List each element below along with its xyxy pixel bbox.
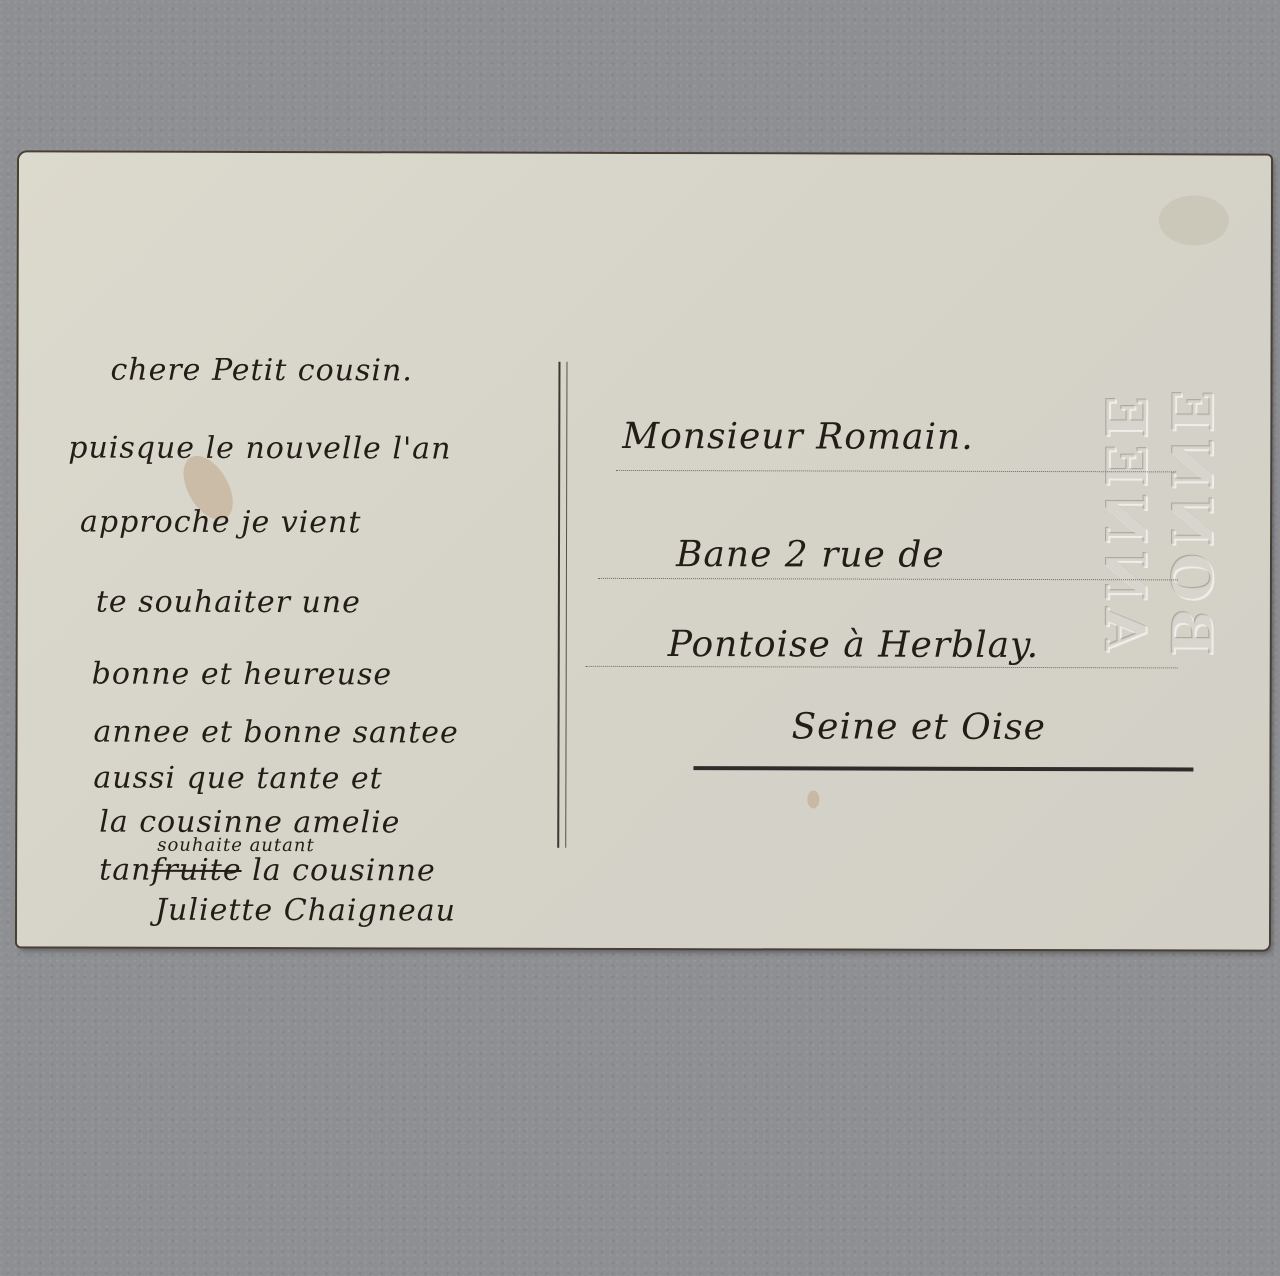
line-suffix: la cousinne	[252, 853, 436, 888]
foxing-stain	[807, 790, 819, 808]
line-prefix: tan	[99, 853, 151, 888]
address-line-department: Seine et Oise	[791, 706, 1046, 748]
message-line: aussi que tante et	[93, 761, 382, 797]
signature: Juliette Chaigneau	[155, 893, 456, 929]
address-line-name: Monsieur Romain.	[622, 416, 973, 458]
message-line: approche je vient	[80, 505, 361, 541]
message-line: bonne et heureuse	[92, 657, 393, 693]
message-line: te souhaiter une	[96, 585, 361, 621]
foxing-stain	[1159, 195, 1229, 245]
address-underline-bar	[693, 766, 1193, 771]
center-divider	[557, 362, 567, 848]
message-line: annee et bonne santee	[93, 715, 458, 751]
embossed-greeting: BONNE ANNEE	[1153, 285, 1224, 755]
message-line: chere Petit cousin.	[110, 353, 412, 389]
address-line-street: Bane 2 rue de	[676, 534, 945, 576]
message-line-last: tanfruite la cousinne	[99, 853, 436, 889]
address-dotted-line	[598, 578, 1178, 581]
address-dotted-line	[616, 470, 1176, 472]
address-dotted-line	[586, 666, 1178, 669]
address-line-town: Pontoise à Herblay.	[668, 624, 1039, 666]
struck-word: fruite	[151, 853, 241, 888]
message-line: puisque le nouvelle l'an	[68, 430, 451, 466]
postcard-back: BONNE ANNEE chere Petit cousin. puisque …	[17, 152, 1271, 949]
